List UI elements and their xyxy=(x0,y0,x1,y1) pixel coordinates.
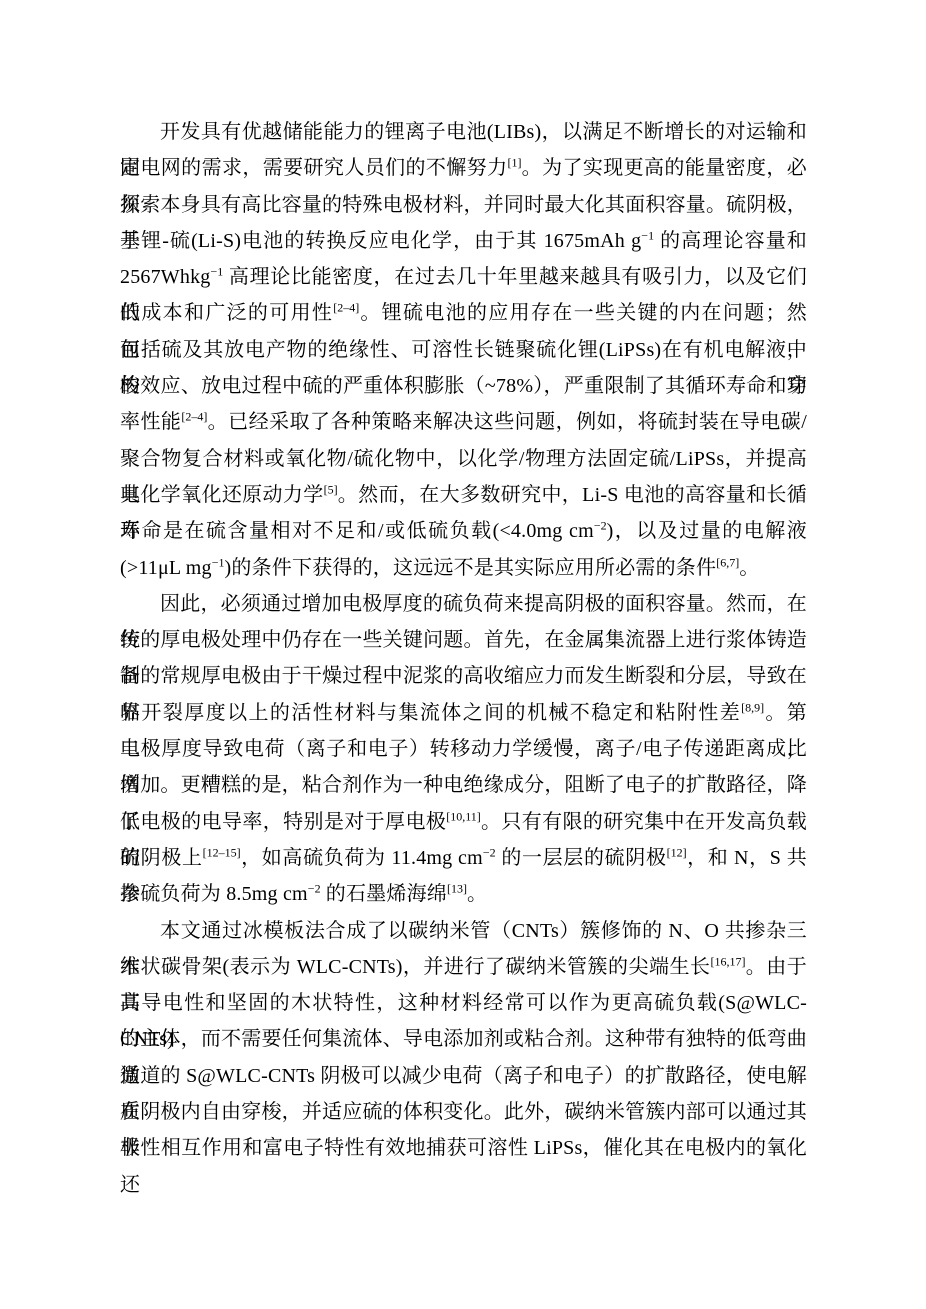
paragraph: 本文通过冰模板法合成了以碳纳米管（CNTs）簇修饰的 N、O 共掺杂三维木状碳骨… xyxy=(120,913,807,1167)
superscript-citation: [6,7] xyxy=(716,555,739,569)
superscript-citation: [1] xyxy=(507,156,521,170)
text-line: (>11μL mg−1)的条件下获得的，这远远不是其实际应用所必需的条件[6,7… xyxy=(120,550,807,586)
text-run: 梭效应、放电过程中硫的严重体积膨胀（~78%），严重限制了其循环寿命和功 xyxy=(120,375,807,397)
text-line: 寿命是在硫含量相对不足和/或低硫负载(<4.0mg cm−2)，以及过量的电解液 xyxy=(120,513,807,549)
text-line: 率性能[2–4]。已经采取了各种策略来解决这些问题，例如，将硫封装在导电碳/ xyxy=(120,404,807,440)
text-run: )，以及过量的电解液 xyxy=(607,520,807,542)
superscript-citation: [10,11] xyxy=(446,809,481,823)
text-line: 界开裂厚度以上的活性材料与集流体之间的机械不稳定和粘附性差[8,9]。第二， xyxy=(120,695,807,731)
text-run: 的一层层的硫阴极 xyxy=(496,847,667,869)
superscript-citation: [2–4] xyxy=(333,301,359,315)
superscript-citation: [13] xyxy=(447,882,467,896)
document-page: 开发具有优越储能能力的锂离子电池(LIBs)，以满足不断增长的对运输和固定电网的… xyxy=(0,0,926,1309)
text-line: 开发具有优越储能能力的锂离子电池(LIBs)，以满足不断增长的对运输和固 xyxy=(120,114,807,150)
text-line: 通道的 S@WLC-CNTs 阴极可以减少电荷（离子和电子）的扩散路径，使电解质 xyxy=(120,1058,807,1094)
text-line: 在阴极内自由穿梭，并适应硫的体积变化。此外，碳纳米管簇内部可以通过其非 xyxy=(120,1094,807,1130)
paragraph: 开发具有优越储能能力的锂离子电池(LIBs)，以满足不断增长的对运输和固定电网的… xyxy=(120,114,807,586)
paragraph: 因此，必须通过增加电极厚度的硫负荷来提高阴极的面积容量。然而，在传统的厚电极处理… xyxy=(120,586,807,913)
superscript-exponent: −1 xyxy=(210,265,223,279)
text-line: 梭效应、放电过程中硫的严重体积膨胀（~78%），严重限制了其循环寿命和功 xyxy=(120,368,807,404)
text-run: ，如高硫负荷为 11.4mg cm xyxy=(241,847,483,869)
text-line: 本文通过冰模板法合成了以碳纳米管（CNTs）簇修饰的 N、O 共掺杂三维 xyxy=(120,913,807,949)
text-run: (>11μL mg xyxy=(120,557,212,579)
text-run: 硫阴极上 xyxy=(120,847,203,869)
text-line: 增加。更糟糕的是，粘合剂作为一种电绝缘成分，阻断了电子的扩散路径，降低 xyxy=(120,767,807,803)
superscript-exponent: −1 xyxy=(641,228,654,242)
text-run: 的高理论容量和 xyxy=(654,230,807,252)
text-line: 探索本身具有高比容量的特殊电极材料，并同时最大化其面积容量。硫阴极，基 xyxy=(120,187,807,223)
text-run: 于锂-硫(Li-S)电池的转换反应电化学，由于其 1675mAh g xyxy=(120,230,641,252)
text-line: 低成本和广泛的可用性[2–4]。锂硫电池的应用存在一些关键的内在问题；然而， xyxy=(120,295,807,331)
text-run: 木状碳骨架(表示为 WLC-CNTs)，并进行了碳纳米管簇的尖端生长 xyxy=(120,956,710,978)
text-line: 了电极的电导率，特别是对于厚电极[10,11]。只有有限的研究集中在开发高负载的 xyxy=(120,804,807,840)
text-line: 电极厚度导致电荷（离子和电子）转移动力学缓慢，离子/电子传递距离成比例 xyxy=(120,731,807,767)
text-line: 聚合物复合材料或氧化物/硫化物中，以化学/物理方法固定硫/LiPSs，并提高其 xyxy=(120,441,807,477)
text-run: 定电网的需求，需要研究人员们的不懈努力 xyxy=(120,157,507,179)
text-line: 统的厚电极处理中仍存在一些关键问题。首先，在金属集流器上进行浆体铸造制 xyxy=(120,622,807,658)
text-line: 电化学氧化还原动力学[5]。然而，在大多数研究中，Li-S 电池的高容量和长循环 xyxy=(120,477,807,513)
superscript-citation: [8,9] xyxy=(741,700,764,714)
text-line: 定电网的需求，需要研究人员们的不懈努力[1]。为了实现更高的能量密度，必须 xyxy=(120,150,807,186)
text-run: 低成本和广泛的可用性 xyxy=(120,302,333,324)
superscript-exponent: −2 xyxy=(308,882,321,896)
superscript-citation: [12] xyxy=(667,845,687,859)
text-run: 寿命是在硫含量相对不足和/或低硫负载(<4.0mg cm xyxy=(120,520,594,542)
text-run: 的石墨烯海绵 xyxy=(321,883,447,905)
text-run: 率性能 xyxy=(120,411,181,433)
text-run: 电化学氧化还原动力学 xyxy=(120,484,324,506)
text-run: 2567Whkg xyxy=(120,266,210,288)
superscript-citation: [2–4] xyxy=(181,410,207,424)
text-line: 高导电性和坚固的木状特性，这种材料经常可以作为更高硫负载(S@WLC-CNTs) xyxy=(120,985,807,1021)
text-run: )的条件下获得的，这远远不是其实际应用所必需的条件 xyxy=(225,557,717,579)
text-line: 包括硫及其放电产物的绝缘性、可溶性长链聚硫化锂(LiPSs)在有机电解液中的穿 xyxy=(120,332,807,368)
superscript-citation: [5] xyxy=(324,482,338,496)
superscript-exponent: −1 xyxy=(212,555,225,569)
text-line: 因此，必须通过增加电极厚度的硫负荷来提高阴极的面积容量。然而，在传 xyxy=(120,586,807,622)
superscript-citation: [16,17] xyxy=(710,954,745,968)
text-run: 极性相互作用和富电子特性有效地捕获可溶性 LiPSs，催化其在电极内的氧化还 xyxy=(120,1137,807,1195)
document-body: 开发具有优越储能能力的锂离子电池(LIBs)，以满足不断增长的对运输和固定电网的… xyxy=(120,114,807,1167)
text-line: 极性相互作用和富电子特性有效地捕获可溶性 LiPSs，催化其在电极内的氧化还 xyxy=(120,1130,807,1166)
text-run: 。 xyxy=(739,557,759,579)
text-run: 。 xyxy=(467,883,487,905)
superscript-exponent: −2 xyxy=(483,845,496,859)
text-run: 了电极的电导率，特别是对于厚电极 xyxy=(120,811,446,833)
text-run: 界开裂厚度以上的活性材料与集流体之间的机械不稳定和粘附性差 xyxy=(120,702,741,724)
superscript-exponent: −2 xyxy=(594,519,607,533)
text-line: 硫阴极上[12–15]，如高硫负荷为 11.4mg cm−2 的一层层的硫阴极[… xyxy=(120,840,807,876)
text-line: 的主体，而不需要任何集流体、导电添加剂或粘合剂。这种带有独特的低弯曲微 xyxy=(120,1021,807,1057)
text-run: 杂硫负荷为 8.5mg cm xyxy=(120,883,308,905)
text-line: 于锂-硫(Li-S)电池的转换反应电化学，由于其 1675mAh g−1 的高理… xyxy=(120,223,807,259)
text-line: 2567Whkg−1 高理论比能密度，在过去几十年里越来越具有吸引力，以及它们的 xyxy=(120,259,807,295)
superscript-citation: [12–15] xyxy=(203,845,241,859)
text-line: 备的常规厚电极由于干燥过程中泥浆的高收缩应力而发生断裂和分层，导致在临 xyxy=(120,658,807,694)
text-line: 杂硫负荷为 8.5mg cm−2 的石墨烯海绵[13]。 xyxy=(120,876,807,912)
text-run: 。已经采取了各种策略来解决这些问题，例如，将硫封装在导电碳/ xyxy=(207,411,807,433)
text-line: 木状碳骨架(表示为 WLC-CNTs)，并进行了碳纳米管簇的尖端生长[16,17… xyxy=(120,949,807,985)
